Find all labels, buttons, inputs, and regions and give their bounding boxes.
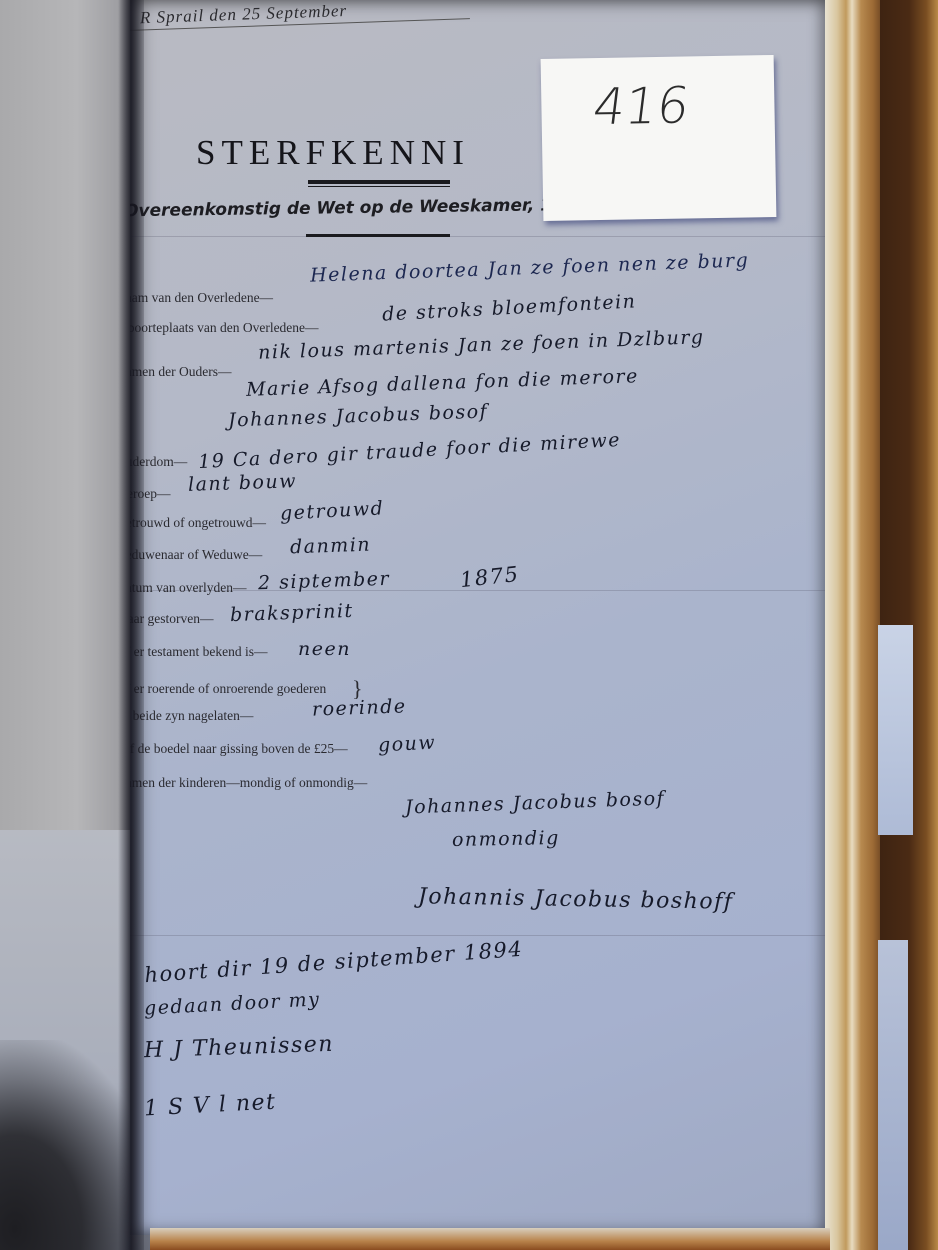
document-title: STERFKENNI xyxy=(196,133,470,173)
tucked-paper xyxy=(878,625,913,835)
value-married: getrouwd xyxy=(279,497,384,524)
label-left-behind: of beide zyn nagelaten— xyxy=(130,708,253,724)
label-birthplace: Geboorteplaats van den Overledene— xyxy=(130,320,319,336)
label-parents: Namen der Ouders— xyxy=(130,364,231,380)
value-place-of-death: braksprinit xyxy=(230,600,354,626)
title-rule-thin xyxy=(308,186,450,187)
value-occupation: lant bouw xyxy=(188,470,298,496)
title-rule xyxy=(308,180,450,184)
value-testament: neen xyxy=(298,638,351,660)
value-name-deceased: Helena doortea Jan ze foen nen ze burg xyxy=(310,249,750,286)
closing-official-title: 1 S V l net xyxy=(143,1090,277,1122)
label-married: Getrouwd of ongetrouwd— xyxy=(130,515,266,531)
sticky-note: 416 xyxy=(541,55,777,221)
label-goods: Of er roerende of onroerende goederen xyxy=(130,681,326,697)
document-subtitle: Overeenkomstig de Wet op de Weeskamer, 1… xyxy=(130,195,596,222)
archival-photo: R Sprail den 25 September STERFKENNI Ove… xyxy=(0,0,938,1250)
page-bottom-edge xyxy=(150,1228,830,1250)
value-left-behind: roerinde xyxy=(312,695,407,720)
child-status: onmondig xyxy=(452,827,560,851)
binding-gutter xyxy=(118,0,144,1250)
fold-line xyxy=(130,935,825,936)
value-year-of-death: 1875 xyxy=(459,562,521,592)
subtitle-rule xyxy=(306,234,450,237)
value-parents-father: nik lous martenis Jan ze foen in Dzlburg xyxy=(258,326,705,364)
label-name-deceased: Naam van den Overledene— xyxy=(130,290,273,306)
value-parents-mother: Marie Afsog dallena fon die merore xyxy=(246,365,639,401)
label-widower: Weduwenaar of Weduwe— xyxy=(130,547,262,563)
label-estate-value: Of de boedel naar gissing boven de £25— xyxy=(130,741,348,757)
fold-line xyxy=(130,236,825,237)
sticky-note-number: 416 xyxy=(590,76,693,136)
page-stack-edges xyxy=(825,0,885,1250)
value-estate-value: gouw xyxy=(377,731,436,756)
value-parents-extra: Johannes Jacobus bosof xyxy=(228,400,489,431)
tucked-paper xyxy=(878,940,908,1250)
value-age: 19 Ca dero gir traude foor die mirewe xyxy=(198,429,622,473)
closing-date-line: hoort dir 19 de siptember 1894 xyxy=(144,937,524,987)
value-date-of-death: 2 siptember xyxy=(258,568,391,595)
top-handwriting: R Sprail den 25 September xyxy=(140,0,611,38)
label-children: Namen der kinderen—mondig of onmondig— xyxy=(130,775,367,791)
value-birthplace: de stroks bloemfontein xyxy=(382,290,637,325)
closing-done-by: gedaan door my xyxy=(144,988,321,1019)
value-widower: danmin xyxy=(290,534,372,559)
label-testament: Of er testament bekend is— xyxy=(130,644,267,660)
death-notice-page: R Sprail den 25 September STERFKENNI Ove… xyxy=(130,0,825,1235)
label-date-of-death: Datum van overlyden— xyxy=(130,580,246,596)
signature: Johannis Jacobus boshoff xyxy=(418,884,734,915)
child-name: Johannes Jacobus bosof xyxy=(405,787,666,818)
closing-official-name: H J Theunissen xyxy=(144,1032,335,1064)
